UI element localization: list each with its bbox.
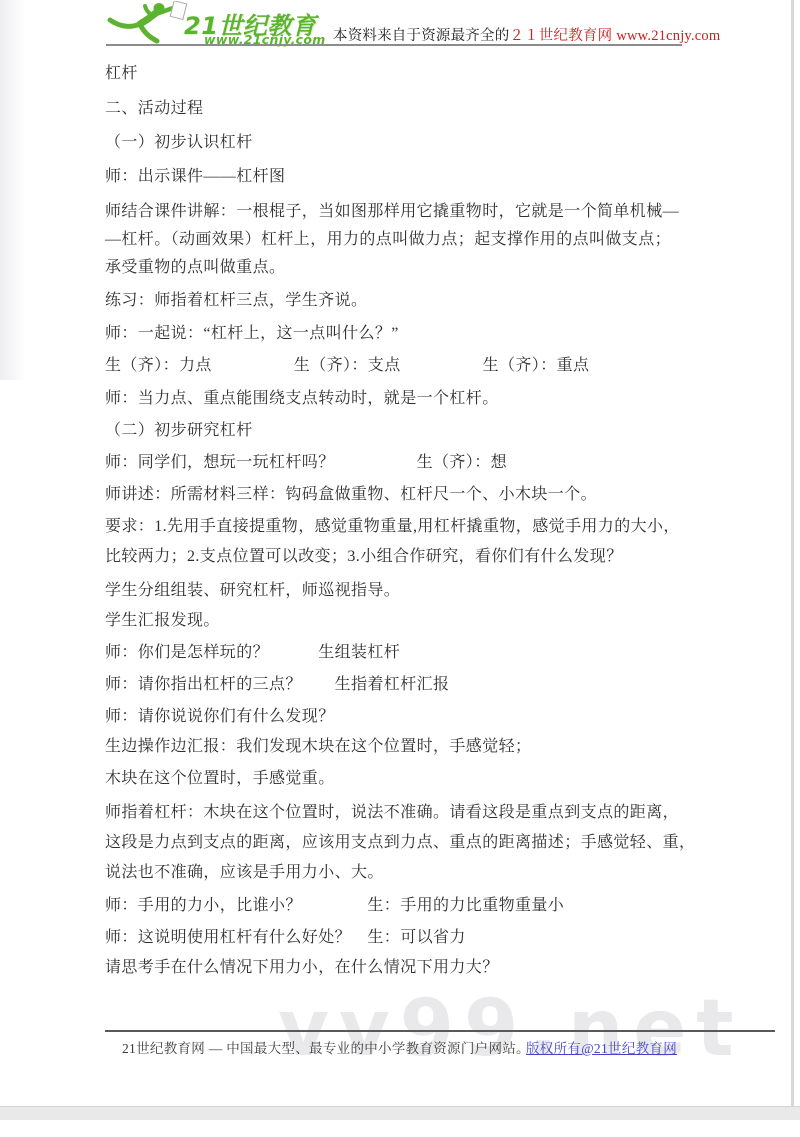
doc-line: 比较两力；2.支点位置可以改变；3.小组合作研究，看你们有什么发现？ <box>105 547 725 567</box>
doc-line: 师讲述：所需材料三样：钩码盒做重物、杠杆尺一个、小木块一个。 <box>105 485 725 505</box>
doc-line: 生（齐）：力点 生（齐）：支点 生（齐）：重点 <box>105 356 725 376</box>
watermark: vv99.net <box>278 984 744 1074</box>
doc-line: 这段是力点到支点的距离，应该用支点到力点、重点的距离描述；手感觉轻、重， <box>105 833 725 853</box>
doc-line: 承受重物的点叫做重点。 <box>105 258 725 278</box>
doc-line: （一）初步认识杠杆 <box>105 133 725 153</box>
tagline-site-name: ２１世纪教育网 <box>509 28 612 44</box>
doc-line: 师：请你说说你们有什么发现？ <box>105 707 725 727</box>
doc-line: 二、活动过程 <box>105 99 725 119</box>
doc-line: 说法也不准确，应该是手用力小、大。 <box>105 863 725 883</box>
doc-line: 师：同学们，想玩一玩杠杆吗？ 生（齐）：想 <box>105 453 725 473</box>
doc-line: 师：你们是怎样玩的？ 生组装杠杆 <box>105 643 725 663</box>
footer-copyright-link[interactable]: 版权所有@21世纪教育网 <box>526 1037 677 1057</box>
tagline-site-url: www.21cnjy.com <box>616 28 720 44</box>
document-page: { "header": { "logo": { "brand": "21世纪教育… <box>0 0 800 1137</box>
doc-line: 生边操作边汇报：我们发现木块在这个位置时，手感觉轻； <box>105 737 725 757</box>
doc-line: （二）初步研究杠杆 <box>105 421 725 441</box>
doc-line: 要求：1.先用手直接提重物，感觉重物重量,用杠杆撬重物，感觉手用力的大小， <box>105 517 725 537</box>
footer-info-text: 21世纪教育网 — 中国最大型、最专业的中小学教育资源门户网站。 <box>122 1037 530 1057</box>
doc-line: —杠杆。（动画效果）杠杆上，用力的点叫做力点；起支撑作用的点叫做支点； <box>105 230 725 250</box>
doc-line: 木块在这个位置时，手感觉重。 <box>105 769 725 789</box>
doc-line: 师结合课件讲解：一根棍子，当如图那样用它撬重物时，它就是一个简单机械— <box>105 202 725 222</box>
doc-line: 师：一起说：“杠杆上，这一点叫什么？” <box>105 324 725 344</box>
header-divider <box>106 44 682 46</box>
doc-line: 师：请你指出杠杆的三点？ 生指着杠杆汇报 <box>105 675 725 695</box>
site-logo: 21世纪教育 www.21cnjy.com <box>106 1 316 46</box>
doc-line: 师：出示课件——杠杆图 <box>105 167 725 187</box>
doc-line: 师：这说明使用杠杆有什么好处？ 生：可以省力 <box>105 928 725 948</box>
page-left-edge-shadow <box>0 0 26 380</box>
doc-line: 学生汇报发现。 <box>105 611 725 631</box>
doc-line: 练习：师指着杠杆三点，学生齐说。 <box>105 291 725 311</box>
page-bottom-gap <box>0 1106 800 1120</box>
doc-line: 杠杆 <box>105 64 725 84</box>
tagline-prefix: 本资料来自于资源最齐全的 <box>333 28 509 44</box>
doc-line: 师指着杠杆：木块在这个位置时，说法不准确。请看这段是重点到支点的距离， <box>105 803 725 823</box>
footer-divider <box>105 1030 775 1032</box>
doc-line: 师：手用的力小，比谁小？ 生：手用的力比重物重量小 <box>105 896 725 916</box>
doc-line: 请思考手在什么情况下用力小，在什么情况下用力大？ <box>105 958 725 978</box>
page-right-edge <box>791 0 794 1106</box>
doc-line: 学生分组组装、研究杠杆，师巡视指导。 <box>105 581 725 601</box>
doc-line: 师：当力点、重点能围绕支点转动时，就是一个杠杆。 <box>105 389 725 409</box>
header-tagline: 本资料来自于资源最齐全的２１世纪教育网www.21cnjy.com <box>333 24 720 45</box>
